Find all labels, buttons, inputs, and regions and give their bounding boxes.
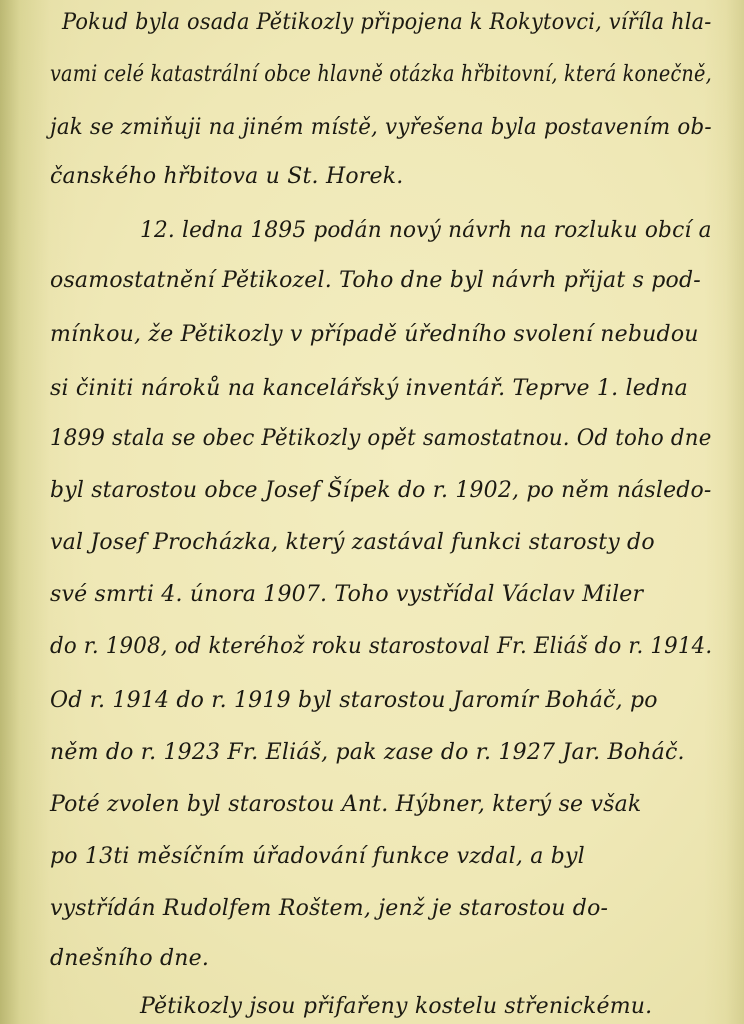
text-line: si činiti nároků na kancelářský inventář… xyxy=(50,376,688,401)
text-line: mínkou, že Pětikozly v případě úředního … xyxy=(50,322,699,347)
manuscript-page: Pokud byla osada Pětikozly připojena k R… xyxy=(0,0,744,1024)
text-line: jak se zmiňuji na jiném místě, vyřešena … xyxy=(50,115,712,140)
text-line: vystřídán Rudolfem Roštem, jenž je staro… xyxy=(50,896,608,921)
text-line: své smrti 4. února 1907. Toho vystřídal … xyxy=(50,582,643,607)
text-line: 12. ledna 1895 podán nový návrh na rozlu… xyxy=(140,218,712,243)
text-line: dnešního dne. xyxy=(50,946,209,971)
text-line: val Josef Procházka, který zastával funk… xyxy=(50,530,655,555)
text-line: Od r. 1914 do r. 1919 byl starostou Jaro… xyxy=(50,688,658,713)
text-line: 1899 stala se obec Pětikozly opět samost… xyxy=(50,426,712,451)
text-line: Pětikozly jsou přifařeny kostelu střenic… xyxy=(140,994,652,1019)
text-line: byl starostou obce Josef Šípek do r. 190… xyxy=(50,478,712,503)
text-line: něm do r. 1923 Fr. Eliáš, pak zase do r.… xyxy=(50,740,685,765)
text-line: Poté zvolen byl starostou Ant. Hýbner, k… xyxy=(50,792,641,817)
text-line: vami celé katastrální obce hlavně otázka… xyxy=(50,62,712,87)
text-line: Pokud byla osada Pětikozly připojena k R… xyxy=(62,10,712,35)
text-line: čanského hřbitova u St. Horek. xyxy=(50,164,403,189)
text-line: do r. 1908, od kteréhož roku starostoval… xyxy=(50,634,712,659)
text-line: osamostatnění Pětikozel. Toho dne byl ná… xyxy=(50,268,701,293)
text-line: po 13ti měsíčním úřadování funkce vzdal,… xyxy=(50,844,585,869)
